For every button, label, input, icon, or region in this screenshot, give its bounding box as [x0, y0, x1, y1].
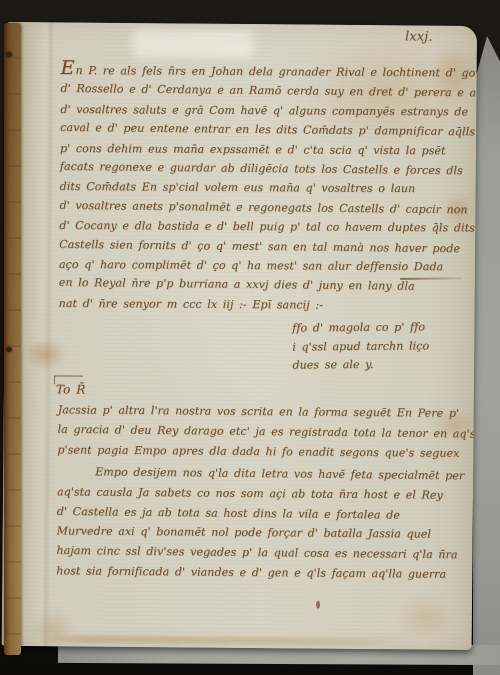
light-patch: [133, 29, 253, 58]
ink-speck: [316, 601, 320, 609]
text-line: ffo d' magola co p' ffo: [292, 318, 429, 338]
letter-2-body-block: Empo desijem nos q'la dita letra vos hav…: [56, 462, 464, 584]
vertical-crease: [42, 22, 55, 646]
stain: [396, 593, 454, 642]
section-heading: To R̄: [56, 382, 86, 396]
stain: [24, 338, 66, 370]
binding-edge: [4, 23, 21, 655]
text-line: i q'ssl apud tarchn liço: [292, 337, 429, 357]
manuscript-page: lxxj. En P. re als fels n̄rs en Johan de…: [2, 22, 477, 650]
binding-stitch: [6, 52, 12, 57]
text-line: nat d' n̄re senyor m ccc lx iij :- Epī s…: [59, 294, 477, 316]
letter-2-intro-block: Jacssia p' altra l'ra nostra vos scrita …: [57, 400, 477, 464]
text-line: dues se ale y.: [292, 355, 429, 375]
registration-note: ffo d' magola co p' ffo i q'ssl apud tar…: [292, 318, 429, 375]
binding-stitch: [6, 347, 12, 352]
text-line: host sia fornificada d' viandes e d' gen…: [56, 561, 463, 584]
folio-number: lxxj.: [405, 29, 433, 44]
text-line: p'sent pagia Empo apres dla dada hi fo e…: [57, 441, 477, 465]
underlay-sheet-right: [473, 36, 500, 675]
manuscript-photograph: lxxj. En P. re als fels n̄rs en Johan de…: [0, 0, 500, 675]
stain-line: [42, 635, 404, 645]
